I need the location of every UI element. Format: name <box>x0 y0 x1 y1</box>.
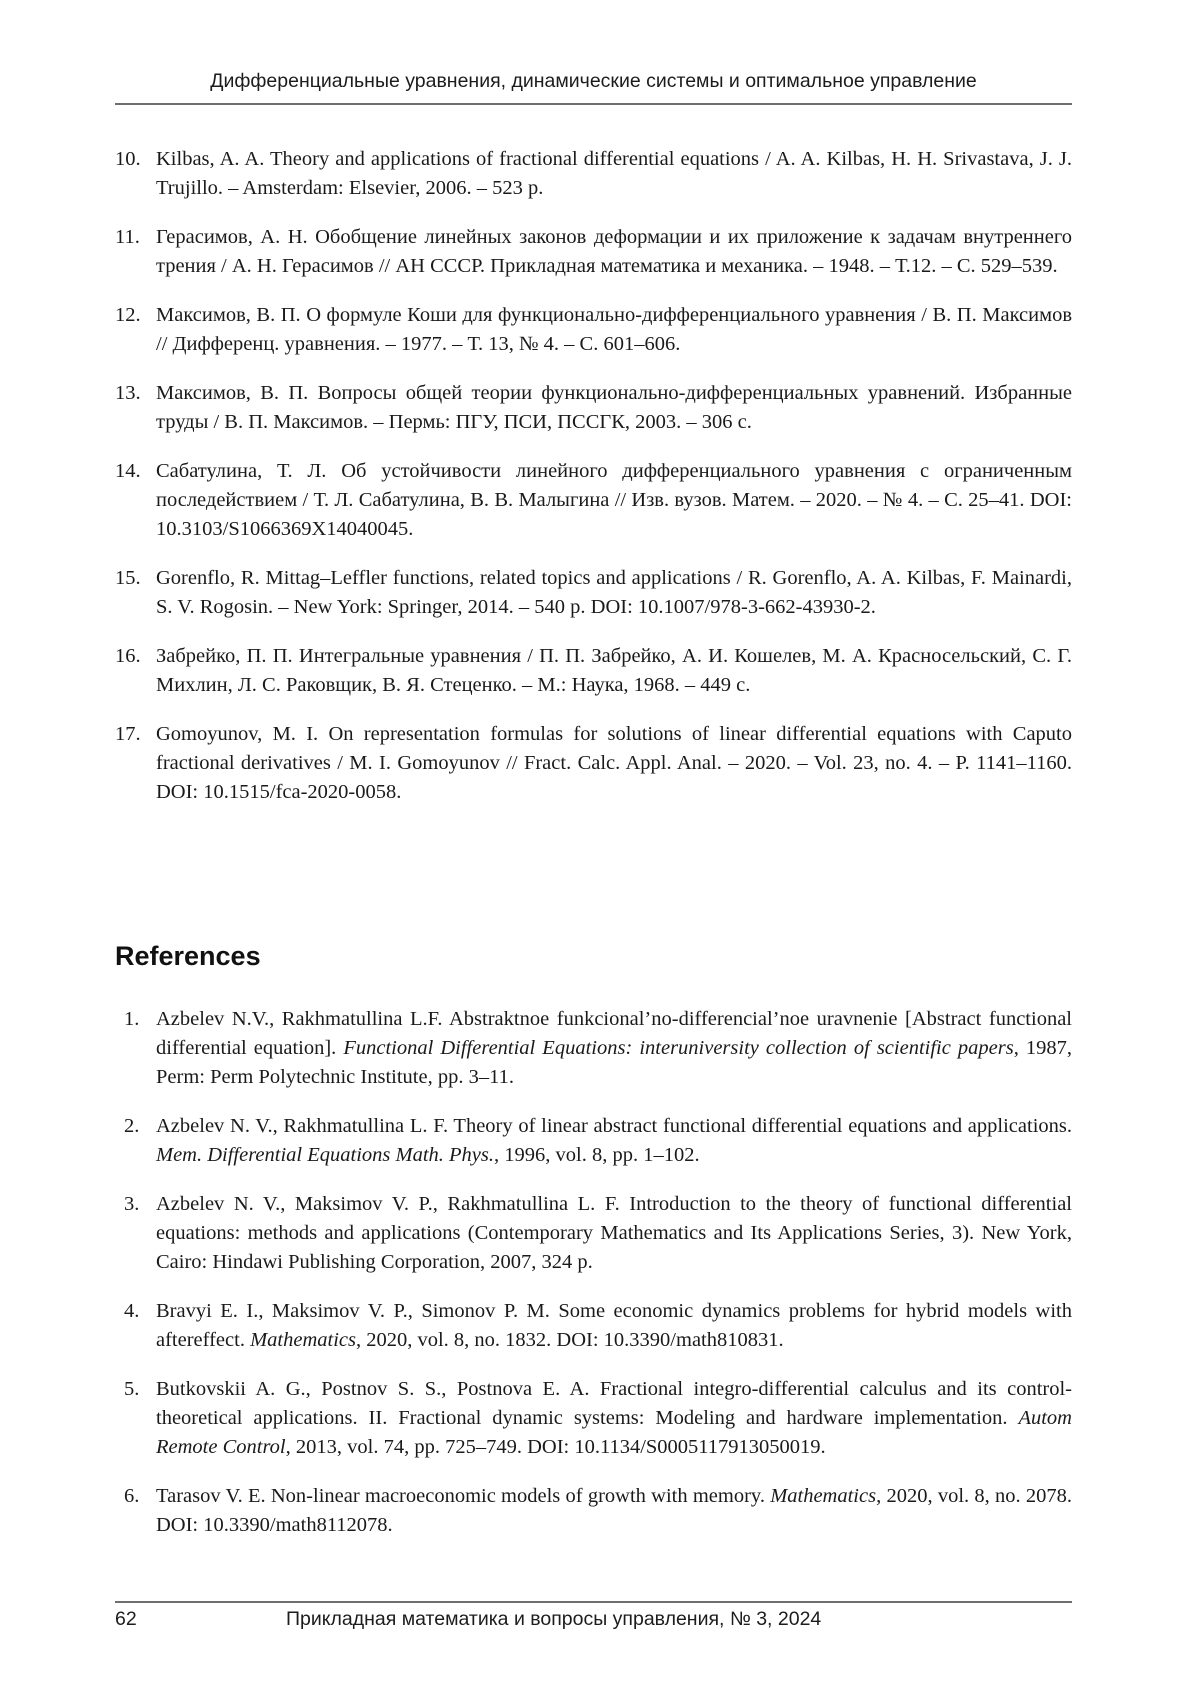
references-heading: References <box>115 941 261 972</box>
reference-text: Максимов, В. П. О формуле Коши для функц… <box>156 304 1072 355</box>
reference-text: Azbelev N. V., Maksimov V. P., Rakhmatul… <box>156 1193 1072 1273</box>
reference-details: , 1996, vol. 8, pp. 1–102. <box>494 1144 700 1166</box>
reference-number: 3. <box>124 1190 139 1219</box>
reference-text: Герасимов, А. Н. Обобщение линейных зако… <box>156 226 1072 277</box>
reference-item: 11.Герасимов, А. Н. Обобщение линейных з… <box>115 223 1072 281</box>
reference-source-title: Mathematics <box>250 1329 356 1351</box>
journal-footer: Прикладная математика и вопросы управлен… <box>286 1608 821 1631</box>
english-reference-list: 1.Azbelev N.V., Rakhmatullina L.F. Abstr… <box>115 1005 1072 1560</box>
reference-text: Сабатулина, Т. Л. Об устойчивости линейн… <box>156 460 1072 540</box>
reference-number: 13. <box>115 379 141 408</box>
reference-text: Tarasov V. E. Non-linear macroeconomic m… <box>156 1485 770 1507</box>
reference-item: 5.Butkovskii A. G., Postnov S. S., Postn… <box>115 1375 1072 1462</box>
reference-item: 6.Tarasov V. E. Non-linear macroeconomic… <box>115 1482 1072 1540</box>
reference-number: 6. <box>124 1482 139 1511</box>
reference-item: 16.Забрейко, П. П. Интегральные уравнени… <box>115 642 1072 700</box>
reference-item: 10.Kilbas, A. A. Theory and applications… <box>115 145 1072 203</box>
reference-number: 17. <box>115 720 141 749</box>
reference-item: 4.Bravyi E. I., Maksimov V. P., Simonov … <box>115 1297 1072 1355</box>
reference-number: 16. <box>115 642 141 671</box>
reference-number: 11. <box>115 223 140 252</box>
reference-text: Забрейко, П. П. Интегральные уравнения /… <box>156 645 1072 696</box>
reference-number: 4. <box>124 1297 139 1326</box>
reference-details: , 2013, vol. 74, pp. 725–749. DOI: 10.11… <box>286 1436 826 1458</box>
reference-item: 2.Azbelev N. V., Rakhmatullina L. F. The… <box>115 1112 1072 1170</box>
reference-number: 15. <box>115 564 141 593</box>
reference-number: 1. <box>124 1005 139 1034</box>
reference-number: 10. <box>115 145 141 174</box>
reference-text: Butkovskii A. G., Postnov S. S., Postnov… <box>156 1378 1072 1429</box>
reference-details: , 2020, vol. 8, no. 1832. DOI: 10.3390/m… <box>356 1329 784 1351</box>
reference-number: 5. <box>124 1375 139 1404</box>
reference-item: 3.Azbelev N. V., Maksimov V. P., Rakhmat… <box>115 1190 1072 1277</box>
reference-item: 15.Gorenflo, R. Mittag–Leffler functions… <box>115 564 1072 622</box>
russian-reference-list: 10.Kilbas, A. A. Theory and applications… <box>115 145 1072 827</box>
reference-number: 12. <box>115 301 141 330</box>
reference-source-title: Mathematics <box>770 1485 876 1507</box>
header-rule <box>115 103 1072 105</box>
reference-text: Kilbas, A. A. Theory and applications of… <box>156 148 1072 199</box>
reference-text: Максимов, В. П. Вопросы общей теории фун… <box>156 382 1072 433</box>
reference-item: 17.Gomoyunov, M. I. On representation fo… <box>115 720 1072 807</box>
page-number: 62 <box>115 1608 137 1631</box>
reference-source-title: Functional Differential Equations: inter… <box>343 1037 1013 1059</box>
footer-rule <box>115 1601 1072 1603</box>
reference-item: 1.Azbelev N.V., Rakhmatullina L.F. Abstr… <box>115 1005 1072 1092</box>
reference-number: 14. <box>115 457 141 486</box>
reference-text: Gomoyunov, M. I. On representation formu… <box>156 723 1072 803</box>
running-head-title: Дифференциальные уравнения, динамические… <box>115 70 1072 93</box>
reference-source-title: Mem. Differential Equations Math. Phys. <box>156 1144 494 1166</box>
reference-item: 12.Максимов, В. П. О формуле Коши для фу… <box>115 301 1072 359</box>
reference-number: 2. <box>124 1112 139 1141</box>
reference-text: Azbelev N. V., Rakhmatullina L. F. Theor… <box>156 1115 1072 1137</box>
reference-item: 13.Максимов, В. П. Вопросы общей теории … <box>115 379 1072 437</box>
reference-text: Gorenflo, R. Mittag–Leffler functions, r… <box>156 567 1072 618</box>
reference-item: 14.Сабатулина, Т. Л. Об устойчивости лин… <box>115 457 1072 544</box>
